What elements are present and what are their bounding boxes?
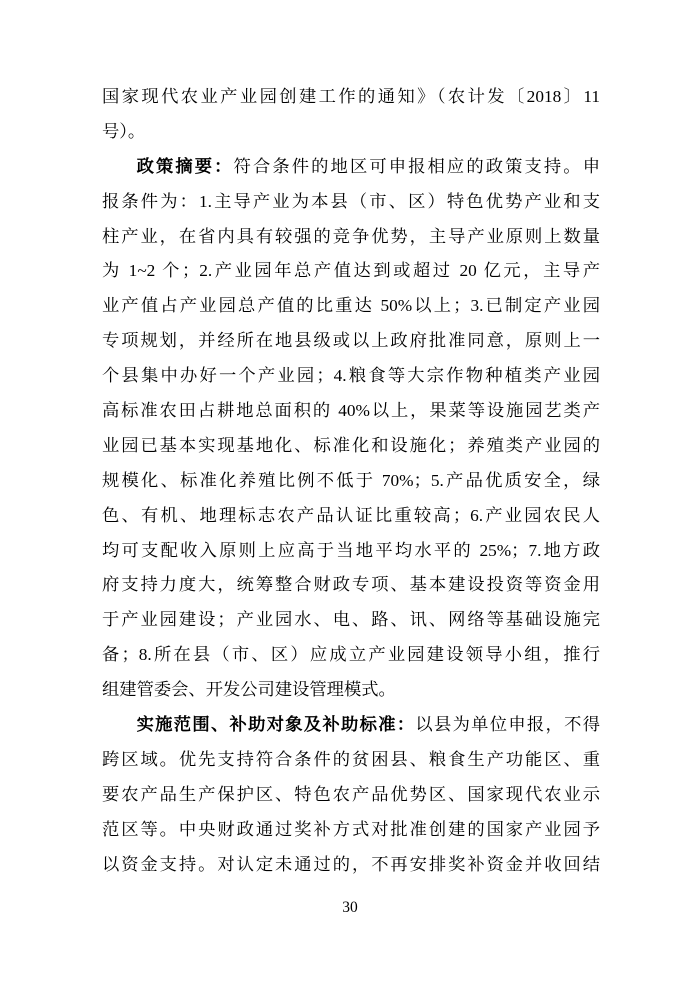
text-run: 业园已基本实现基地化、标准化和设施化；养殖类产业园的: [102, 436, 600, 455]
text-run: 报条件为：1.主导产业为本县（市、区）特色优势产业和支: [102, 192, 600, 211]
text-line: 于产业园建设；产业园水、电、路、讯、网络等基础设施完: [102, 603, 600, 638]
text-run: 备；8.所在县（市、区）应成立产业园建设领导小组，推行: [102, 645, 600, 664]
text-run-bold: 实施范围、补助对象及补助标准：: [137, 715, 416, 734]
document-page: 国家现代农业产业园创建工作的通知》（农计发〔2018〕11号）。政策摘要：符合条…: [0, 0, 700, 990]
text-run: 号）。: [102, 122, 145, 141]
text-line: 组建管委会、开发公司建设管理模式。: [102, 673, 600, 708]
text-line: 个县集中办好一个产业园；4.粮食等大宗作物种植类产业园: [102, 359, 600, 394]
text-body: 国家现代农业产业园创建工作的通知》（农计发〔2018〕11号）。政策摘要：符合条…: [102, 80, 600, 882]
text-line: 实施范围、补助对象及补助标准：以县为单位申报，不得: [102, 708, 600, 743]
text-run: 专项规划，并经所在地县级或以上政府批准同意，原则上一: [102, 331, 600, 350]
text-run: 为 1~2 个；2.产业园年总产值达到或超过 20 亿元，主导产: [102, 261, 600, 280]
text-line: 报条件为：1.主导产业为本县（市、区）特色优势产业和支: [102, 185, 600, 220]
text-run: 色、有机、地理标志农产品认证比重较高；6.产业园农民人: [102, 506, 600, 525]
text-run: 规模化、标准化养殖比例不低于 70%；5.产品优质安全，绿: [102, 471, 600, 490]
text-run: 业产值占产业园总产值的比重达 50%以上；3.已制定产业园: [102, 296, 600, 315]
text-run: 柱产业，在省内具有较强的竞争优势，主导产业原则上数量: [102, 227, 600, 246]
text-line: 要农产品生产保护区、特色农产品优势区、国家现代农业示: [102, 778, 600, 813]
text-run: 均可支配收入原则上应高于当地平均水平的 25%；7.地方政: [102, 541, 600, 560]
text-run: 国家现代农业产业园创建工作的通知》（农计发〔2018〕11: [102, 87, 600, 106]
text-run: 符合条件的地区可申报相应的政策支持。申: [234, 157, 600, 176]
text-line: 号）。: [102, 115, 600, 150]
text-run: 府支持力度大，统筹整合财政专项、基本建设投资等资金用: [102, 575, 600, 594]
text-line: 跨区域。优先支持符合条件的贫困县、粮食生产功能区、重: [102, 743, 600, 778]
text-run: 高标准农田占耕地总面积的 40%以上，果菜等设施园艺类产: [102, 401, 600, 420]
text-line: 业产值占产业园总产值的比重达 50%以上；3.已制定产业园: [102, 289, 600, 324]
text-line: 国家现代农业产业园创建工作的通知》（农计发〔2018〕11: [102, 80, 600, 115]
text-line: 为 1~2 个；2.产业园年总产值达到或超过 20 亿元，主导产: [102, 254, 600, 289]
text-run: 于产业园建设；产业园水、电、路、讯、网络等基础设施完: [102, 610, 600, 629]
text-run: 要农产品生产保护区、特色农产品优势区、国家现代农业示: [102, 785, 600, 804]
text-line: 备；8.所在县（市、区）应成立产业园建设领导小组，推行: [102, 638, 600, 673]
text-line: 高标准农田占耕地总面积的 40%以上，果菜等设施园艺类产: [102, 394, 600, 429]
page-number: 30: [0, 897, 700, 919]
text-line: 规模化、标准化养殖比例不低于 70%；5.产品优质安全，绿: [102, 464, 600, 499]
text-line: 均可支配收入原则上应高于当地平均水平的 25%；7.地方政: [102, 534, 600, 569]
text-run: 跨区域。优先支持符合条件的贫困县、粮食生产功能区、重: [102, 750, 600, 769]
text-line: 政策摘要：符合条件的地区可申报相应的政策支持。申: [102, 150, 600, 185]
text-line: 柱产业，在省内具有较强的竞争优势，主导产业原则上数量: [102, 220, 600, 255]
text-line: 业园已基本实现基地化、标准化和设施化；养殖类产业园的: [102, 429, 600, 464]
text-line: 以资金支持。对认定未通过的，不再安排奖补资金并收回结: [102, 848, 600, 883]
text-run: 以县为单位申报，不得: [415, 715, 600, 734]
text-run-bold: 政策摘要：: [137, 157, 234, 176]
text-run: 个县集中办好一个产业园；4.粮食等大宗作物种植类产业园: [102, 366, 600, 385]
text-line: 专项规划，并经所在地县级或以上政府批准同意，原则上一: [102, 324, 600, 359]
text-run: 以资金支持。对认定未通过的，不再安排奖补资金并收回结: [102, 855, 600, 874]
text-run: 组建管委会、开发公司建设管理模式。: [102, 680, 396, 699]
text-line: 范区等。中央财政通过奖补方式对批准创建的国家产业园予: [102, 813, 600, 848]
text-line: 色、有机、地理标志农产品认证比重较高；6.产业园农民人: [102, 499, 600, 534]
text-line: 府支持力度大，统筹整合财政专项、基本建设投资等资金用: [102, 568, 600, 603]
text-run: 范区等。中央财政通过奖补方式对批准创建的国家产业园予: [102, 820, 600, 839]
